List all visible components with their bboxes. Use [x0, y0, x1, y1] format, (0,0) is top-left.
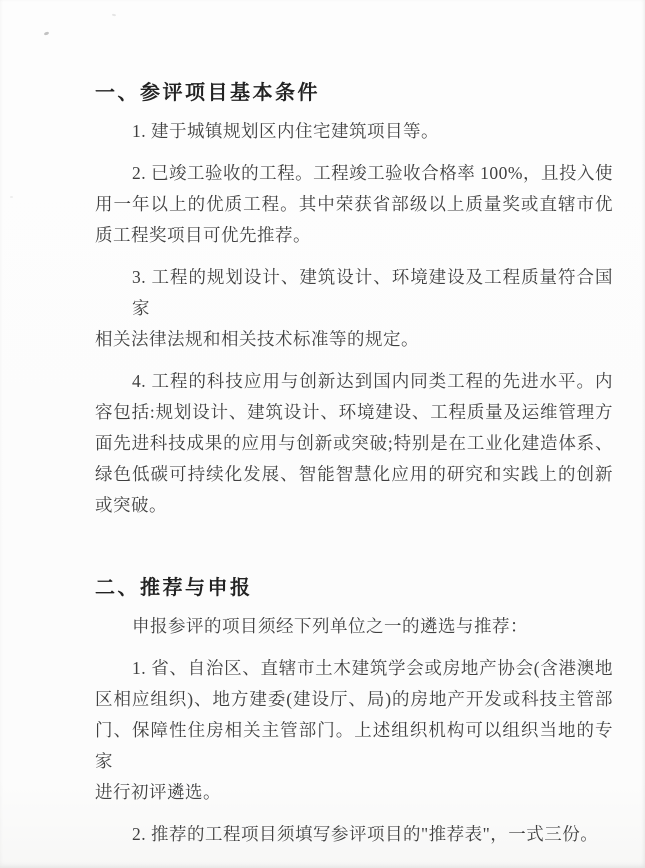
item-1-2-line-2: 用一年以上的优质工程。其中荣获省部级以上质量奖或直辖市优: [95, 189, 613, 220]
item-1-1: 1. 建于城镇规划区内住宅建筑项目等。: [95, 116, 613, 147]
item-1-3: 3. 工程的规划设计、建筑设计、环境建设及工程质量符合国家相关法律法规和相关技术…: [95, 262, 613, 355]
section-2-intro-line-1: 申报参评的项目须经下列单位之一的遴选与推荐：: [95, 611, 613, 642]
item-1-2: 2. 已竣工验收的工程。工程竣工验收合格率 100%，且投入使用一年以上的优质工…: [95, 158, 613, 251]
section-2-heading: 二、推荐与申报: [95, 576, 613, 600]
item-1-2-line-3: 质工程奖项目可优先推荐。: [95, 220, 613, 251]
scan-speck: [10, 196, 13, 198]
document-page: 一、参评项目基本条件1. 建于城镇规划区内住宅建筑项目等。2. 已竣工验收的工程…: [0, 0, 645, 868]
item-2-1-line-2: 区相应组织)、地方建委(建设厅、局)的房地产开发或科技主管部: [95, 684, 613, 715]
item-1-4-line-3: 面先进科技成果的应用与创新或突破;特别是在工业化建造体系、: [95, 428, 613, 459]
item-2-2: 2. 推荐的工程项目须填写参评项目的"推荐表"，一式三份。: [95, 819, 613, 850]
item-1-4-line-2: 容包括:规划设计、建筑设计、环境建设、工程质量及运维管理方: [95, 397, 613, 428]
item-1-2-line-1: 2. 已竣工验收的工程。工程竣工验收合格率 100%，且投入使: [95, 158, 613, 189]
scan-speck: [44, 31, 50, 36]
item-1-4-line-1: 4. 工程的科技应用与创新达到国内同类工程的先进水平。内: [95, 366, 613, 397]
document-body: 一、参评项目基本条件1. 建于城镇规划区内住宅建筑项目等。2. 已竣工验收的工程…: [95, 0, 613, 850]
item-1-4-line-4: 绿色低碳可持续化发展、智能智慧化应用的研究和实践上的创新: [95, 459, 613, 490]
section-2-heading-line-1: 二、推荐与申报: [95, 576, 613, 600]
section-2-intro: 申报参评的项目须经下列单位之一的遴选与推荐：: [95, 611, 613, 642]
item-1-4: 4. 工程的科技应用与创新达到国内同类工程的先进水平。内容包括:规划设计、建筑设…: [95, 366, 613, 521]
section-1-heading-line-1: 一、参评项目基本条件: [95, 81, 613, 105]
item-2-1: 1. 省、自治区、直辖市土木建筑学会或房地产协会(含港澳地区相应组织)、地方建委…: [95, 653, 613, 808]
item-1-4-line-5: 或突破。: [95, 490, 613, 521]
item-2-1-line-3: 门、保障性住房相关主管部门。上述组织机构可以组织当地的专家: [95, 715, 613, 777]
item-2-2-line-1: 2. 推荐的工程项目须填写参评项目的"推荐表"，一式三份。: [95, 819, 613, 850]
item-1-3-line-1: 3. 工程的规划设计、建筑设计、环境建设及工程质量符合国家: [95, 262, 613, 324]
item-1-3-line-2: 相关法律法规和相关技术标准等的规定。: [95, 324, 613, 355]
item-2-1-line-1: 1. 省、自治区、直辖市土木建筑学会或房地产协会(含港澳地: [95, 653, 613, 684]
item-1-1-line-1: 1. 建于城镇规划区内住宅建筑项目等。: [95, 116, 613, 147]
item-2-1-line-4: 进行初评遴选。: [95, 777, 613, 808]
section-1-heading: 一、参评项目基本条件: [95, 81, 613, 105]
